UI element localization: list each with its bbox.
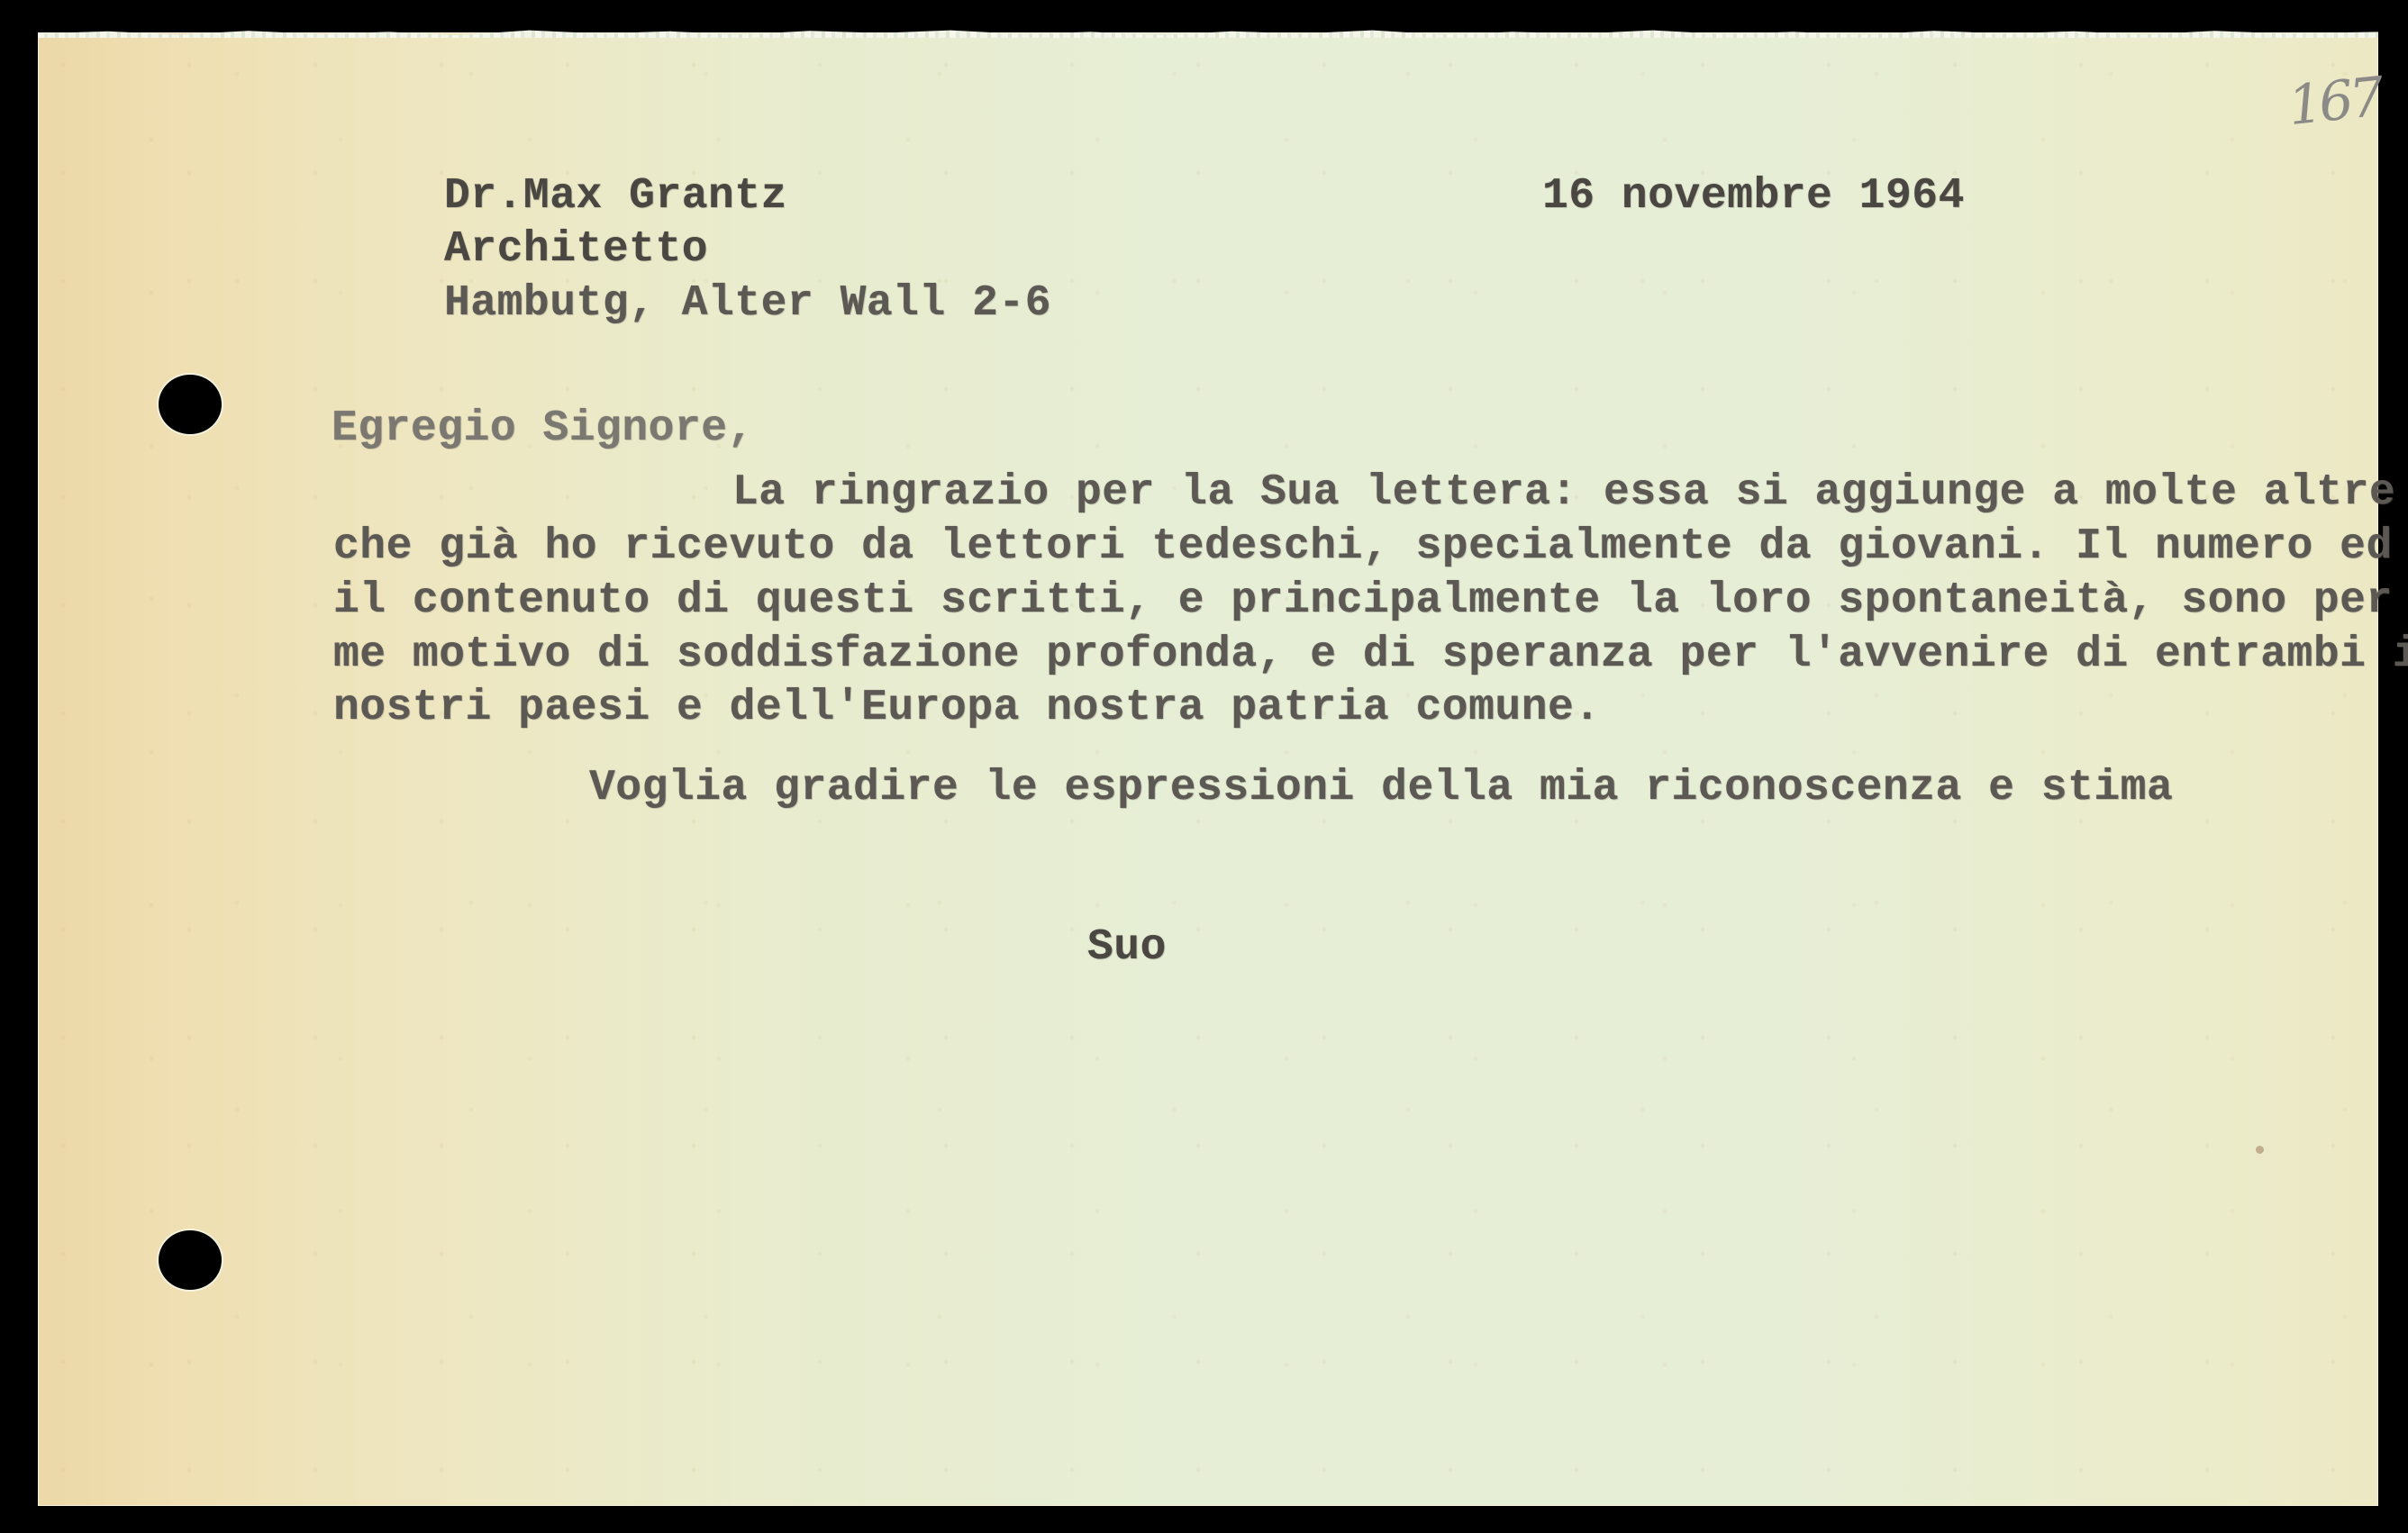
recipient-name: Dr.Max Grantz: [444, 175, 787, 218]
punch-hole-icon: [159, 1230, 222, 1290]
torn-top-edge: [38, 27, 2378, 38]
body-line: nostri paesi e dell'Europa nostra patria…: [333, 686, 1601, 730]
paper-speck: [2256, 1146, 2264, 1154]
letter-date: 16 novembre 1964: [1542, 175, 1965, 218]
salutation: Egregio Signore,: [332, 407, 754, 450]
folio-number: 167: [2285, 66, 2384, 138]
body-line: che già ho ricevuto da lettori tedeschi,…: [333, 525, 2393, 568]
body-line: La ringrazio per la Sua lettera: essa si…: [732, 471, 2395, 514]
body-line: il contenuto di questi scritti, e princi…: [333, 579, 2393, 622]
body-line: me motivo di soddisfazione profonda, e d…: [333, 633, 2408, 676]
signoff: Suo: [1087, 926, 1167, 969]
punch-hole-icon: [159, 375, 222, 434]
letter-sheet: 167 Dr.Max Grantz Architetto Hambutg, Al…: [38, 32, 2378, 1506]
closing-line: Voglia gradire le espressioni della mia …: [589, 766, 2173, 810]
recipient-address: Hambutg, Alter Wall 2-6: [444, 282, 1051, 325]
recipient-profession: Architetto: [444, 228, 708, 271]
